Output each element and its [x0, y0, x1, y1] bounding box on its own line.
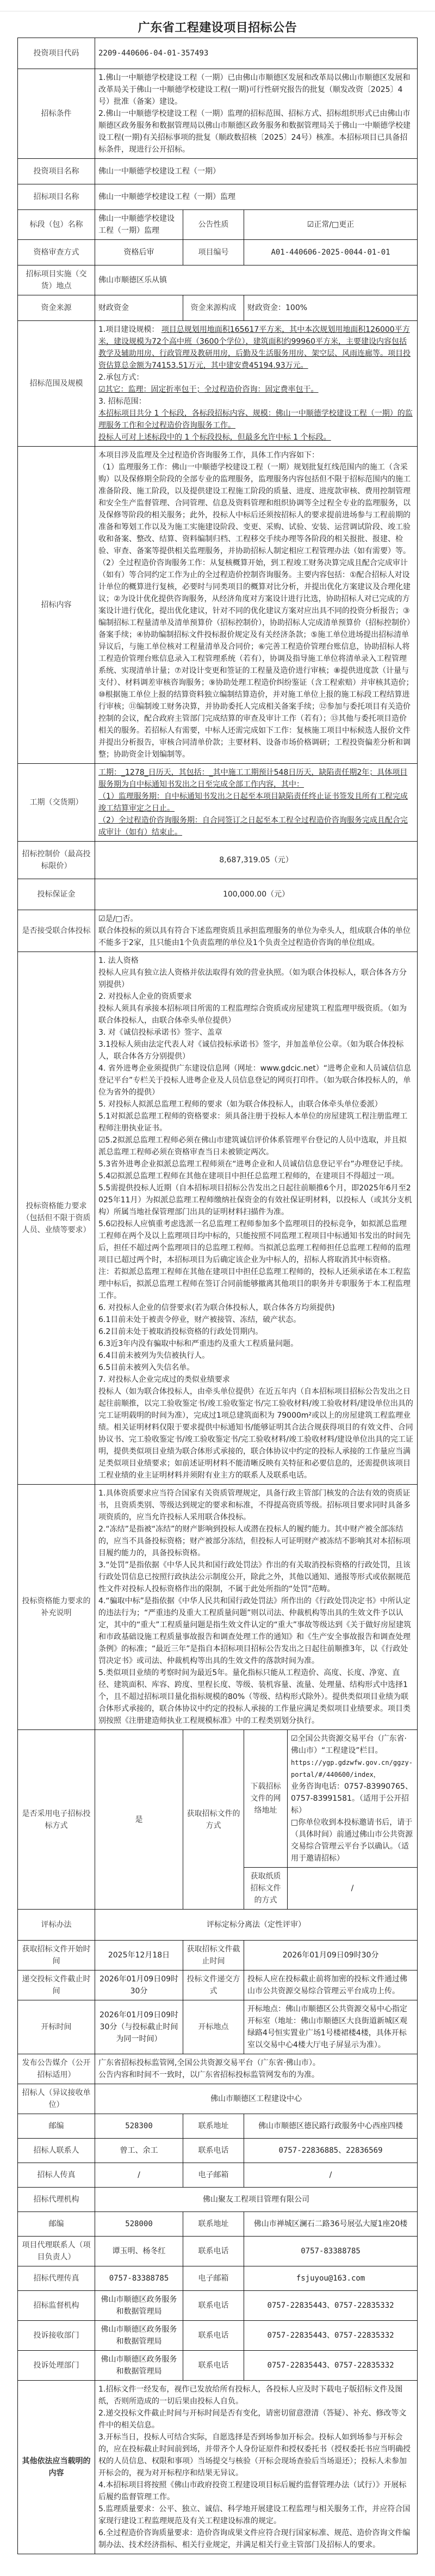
- label-doc-start: 获取招标文件开始时间: [18, 1941, 95, 1970]
- row-funding: 资金来源 财政资金 资金来源构成 财政资金：100%: [18, 295, 418, 321]
- scope-s1: 1.项目建设规模： 项目总规划用地面积165617平方米，其中本次规划用地面积1…: [98, 324, 414, 372]
- value-deposit: 100,000.00（元）: [95, 879, 418, 910]
- qual-item: 5.1对拟派总监理工程师的资格要求：须具备注册于投标人本单位的房屋建筑工程注册监…: [98, 1110, 414, 1134]
- row-period: 工期（交货期） 工期：_1278_日历天，其包括：_其中施工工期预计548日历天…: [18, 764, 418, 842]
- row-complaint-proc: 投诉处理部门 佛山市顺德区政务服务和数据管理局 联系电话 0757-228354…: [18, 2351, 418, 2381]
- label-nature: 公告性质: [183, 210, 244, 240]
- row-tenderer-zip: 邮编 528300 联系地址 佛山市顺德区德民路行政服务中心西座四楼: [18, 2114, 418, 2139]
- label-opening: 开标时间: [18, 2000, 95, 2054]
- content-c2: （2）全过程造价咨询服务工作：从复核概算开始，到工程竣工财务决算完成且配合完成审…: [98, 557, 414, 761]
- label-download: 下载招标文件的网络地址: [244, 1730, 288, 1868]
- value-project-code: A01-440606-2025-0044-01-01: [244, 240, 418, 265]
- download-platform: ☑全国公共资源交易平台（广东省·佛山市）“工程建设”栏目。: [291, 1733, 414, 1757]
- value-agency-contact: 谭玉明、杨冬红: [95, 2237, 183, 2266]
- scope-s2-title: 2.承包方式：: [98, 372, 414, 384]
- label-complaint-recv: 投诉接收部门: [18, 2321, 95, 2351]
- label-tenderer-contact: 招标人联系人: [18, 2139, 95, 2163]
- label-funding: 资金来源: [18, 295, 95, 321]
- media-p1: 广东省招标投标监管网,全国公共资源交易平台（广东省·佛山市）。: [98, 2057, 414, 2069]
- row-supervisor: 招标监督机构 佛山市顺德区政务服务和数据管理局 联系电话 0757-228354…: [18, 2291, 418, 2321]
- label-project-code: 项目编号: [183, 240, 244, 265]
- value-complaint-proc-phone: 0757-22835443、0757-22835332: [244, 2351, 418, 2381]
- row-scope: 招标范围及规模 1.项目建设规模： 项目总规划用地面积165617平方米，其中本…: [18, 321, 418, 447]
- row-conditions: 招标条件 1.佛山一中顺德学校建设工程（一期）已由佛山市顺德区发展和改革局以佛山…: [18, 69, 418, 159]
- label-conditions: 招标条件: [18, 69, 95, 159]
- value-other: 1.招标文件一经发布，视作已发放给所有投标人，各投标人应及时下载电子版招标文件及…: [95, 2381, 418, 2554]
- value-funding-comp: 财政资金：100%: [244, 295, 418, 321]
- label-submit-method: 投标文件递交方式: [183, 1970, 244, 2000]
- value-agency-phone: 0757-83388785: [244, 2237, 418, 2266]
- value-consortium: ☑是/□否。 联合体投标的须以具有符合下述监理资质且承担监理服务的单位为牵头人，…: [95, 910, 418, 952]
- download-url-link[interactable]: https://ygp.gdzwfw.gov.cn/ggzy-portal/#/…: [291, 1757, 414, 1781]
- label-supervisor-phone: 联系电话: [183, 2291, 244, 2321]
- label-qualification: 投标资格能力要求（包括但不限于资质人员、业绩等要求）: [18, 952, 95, 1485]
- row-eval: 评标办法 评标定标分离法（定性评审）: [18, 1910, 418, 1941]
- row-agency-zip: 邮编 528000 联系地址 佛山市禅城区澜石二路36号展弘大厦1座20楼: [18, 2212, 418, 2237]
- value-nature: ☑正常/□更正: [244, 210, 418, 240]
- row-opening: 开标时间 2026年01月09日09时30分（与投标截止时间为同一时间） 开标地…: [18, 2000, 418, 2054]
- label-eval: 评标办法: [18, 1910, 95, 1941]
- label-control-price: 招标控制价（最高投标限价）: [18, 842, 95, 879]
- qual-item: 2. 对投标人企业的资质要求: [98, 991, 414, 1003]
- qual-item: 1. 法人资格: [98, 955, 414, 967]
- value-submit: 2026年01月09日09时30分: [95, 1970, 183, 2000]
- other-item: 6.全过程造价咨询质量要求：造价咨询成果文件应符合现行国家标准、规范、造价咨询文…: [98, 2527, 414, 2551]
- qual-item: 5. 对投标人拟派总监理工程师的要求（如为联合体投标人，由联合体牵头单位委派）: [98, 1098, 414, 1110]
- qual-note-item: 1.具体资质要求应当符合国家有关资质管理规定，具备行政主管部门核发的合法有效的资…: [98, 1487, 414, 1523]
- label-tenderer-fax: 招标人传真: [18, 2163, 95, 2188]
- value-invest-code: 2209-440606-04-01-357493: [95, 38, 418, 69]
- label-agency-zip: 邮编: [18, 2212, 95, 2237]
- label-qual-note: 投标资格能力要求的补充说明: [18, 1485, 95, 1730]
- qual-item: 7. 对投标人企业完成过的类似业绩要求: [98, 1374, 414, 1386]
- qual-item: 5.6☑投标人应慎重考虑选派一名总监理工程师参加多个监理项目的投标竞争，如拟派总…: [98, 1218, 414, 1266]
- other-item: 2.递交投标文件截止时间与开标时间是否有变化，请密切留意澄清（答疑）、补充、修改…: [98, 2407, 414, 2431]
- value-tenderer-addr: 佛山市顺德区德民路行政服务中心西座四楼: [244, 2114, 418, 2139]
- value-scope: 1.项目建设规模： 项目总规划用地面积165617平方米，其中本次规划用地面积1…: [95, 321, 418, 447]
- label-method: 获取招标文件的方式: [183, 1730, 244, 1910]
- period-p1: 工期：_1278_日历天，其包括：_其中施工工期预计548日历天，缺陷责任期2年…: [98, 767, 414, 790]
- value-eval: 评标定标分离法（定性评审）: [95, 1910, 418, 1941]
- consortium-note: 联合体投标的须以具有符合下述监理资质且承担监理服务的单位为牵头人，组成联合体的单…: [98, 925, 414, 949]
- row-agency: 招标代理机构 佛山聚友工程项目管理有限公司: [18, 2188, 418, 2212]
- label-media: 发布公告媒介（公开招标适用）: [18, 2054, 95, 2084]
- value-qual-note: 1.具体资质要求应当符合国家有关资质管理规定，具备行政主管部门核发的合法有效的资…: [95, 1485, 418, 1730]
- qual-item: 投标人（如为联合体投标人，由牵头单位提供）在近五年内（自本招标项目招标公告发出之…: [98, 1386, 414, 1481]
- value-supervisor-phone: 0757-22835443、0757-22835332: [244, 2291, 418, 2321]
- value-complaint-recv-phone: 0757-22835443、0757-22835332: [244, 2321, 418, 2351]
- row-tenderer-contact: 招标人联系人 曾工、余工 联系电话 0757-22836885、22836569: [18, 2139, 418, 2163]
- value-agency-email-link[interactable]: fsjuyou@163.com: [244, 2266, 418, 2291]
- qual-item: 6.1目前未处于被责令停业，财产被接管、冻结，破产状态。: [98, 1314, 414, 1326]
- label-supervisor: 招标监督机构: [18, 2291, 95, 2321]
- qual-item: 6.3近3年内没有骗取中标和严重违约及重大工程质量问题。: [98, 1338, 414, 1350]
- row-electronic: 是否采用电子招标投标方式 是 获取招标文件的方式 下载招标文件的网络地址 ☑全国…: [18, 1730, 418, 1868]
- label-content: 招标内容: [18, 447, 95, 764]
- label-tender-name: 招标项目名称: [18, 184, 95, 210]
- conditions-p2: 2.佛山一中顺德学校建设工程（一期）监理的招标范围、招标方式、招标组织形式已由佛…: [98, 108, 414, 156]
- value-complaint-recv: 佛山市顺德区政务服务和数据管理局: [95, 2321, 183, 2351]
- label-electronic: 是否采用电子招标投标方式: [18, 1730, 95, 1910]
- value-content: 本项目涉及监理及全过程造价咨询服务工作，具体工作内容如下： （1）监理服务工作：…: [95, 447, 418, 764]
- qual-item: 3. 对《诚信投标承诺书》签字、盖章: [98, 1027, 414, 1039]
- download-phone: 业务咨询电话：0757-83990765、0757-83991581。（适用于公…: [291, 1781, 414, 1817]
- qual-item: 3.1投标人须由法定代表人对《诚信投标承诺书》签字，并加盖单位公章。（如为联合体…: [98, 1039, 414, 1062]
- qual-item: 6.2目前未处于被取消投标资格的行政处罚期内。: [98, 1326, 414, 1338]
- download-invite: □你单位收到本投标邀请书后，请于（具体时间）前通过佛山市公共资源交易综合管理云平…: [291, 1817, 414, 1864]
- row-qualification: 投标资格能力要求（包括但不限于资质人员、业绩等要求） 1. 法人资格 投标人应具…: [18, 952, 418, 1485]
- label-tenderer: 招标人（异议接收单位）: [18, 2084, 95, 2114]
- row-doc-time: 获取招标文件开始时间 2025年12月18日 获取招标文件截止时间 2026年0…: [18, 1941, 418, 1970]
- value-media: 广东省招标投标监管网,全国公共资源交易平台（广东省·佛山市）。 公告内容和时间不…: [95, 2054, 418, 2084]
- content-c1: （1）监理服务工作：佛山一中顺德学校建设工程（一期）规划批复红线范围内的施工（含…: [98, 461, 414, 557]
- label-paper: 获取纸质招标文件的方式: [244, 1868, 288, 1910]
- label-doc-end: 获取招标文件截止时间: [183, 1941, 244, 1970]
- row-deposit: 投标保证金 100,000.00（元）: [18, 879, 418, 910]
- row-tenderer-fax: 招标人传真 / 电子邮箱 /: [18, 2163, 418, 2188]
- value-tenderer-zip: 528300: [95, 2114, 183, 2139]
- label-tenderer-zip: 邮编: [18, 2114, 95, 2139]
- label-agency-phone: 联系电话: [183, 2237, 244, 2266]
- value-period: 工期：_1278_日历天，其包括：_其中施工工期预计548日历天，缺陷责任期2年…: [95, 764, 418, 842]
- value-complaint-proc: 佛山市顺德区政务服务和数据管理局: [95, 2351, 183, 2381]
- label-funding-comp: 资金来源构成: [183, 295, 244, 321]
- row-invest-name: 投资项目名称 佛山一中顺德学校建设工程（一期）: [18, 159, 418, 184]
- qual-item: 5.4☑拟派总监理工程师在其他在建项目中担任总监理工程师的，在建项目不得超过一项…: [98, 1170, 414, 1182]
- label-agency-addr: 联系地址: [183, 2212, 244, 2237]
- qual-note-item: 3.“处罚”是指依据《中华人民共和国行政处罚法》作出的有关取消投标资格的行政处罚…: [98, 1559, 414, 1595]
- label-agency-fax: 招标代理传真: [18, 2266, 95, 2291]
- value-control-price: 8,687,319.05（元）: [95, 842, 418, 879]
- scope-s1-prefix: 1.项目建设规模：: [98, 325, 159, 334]
- label-complaint-proc: 投诉处理部门: [18, 2351, 95, 2381]
- qual-item: 4. 省外进粤企业须提供广东建设信息网（网址：www.gdcic.net）“进粤…: [98, 1062, 414, 1098]
- value-tenderer-email: /: [244, 2163, 418, 2188]
- value-opening: 2026年01月09日09时30分（与投标截止时间为同一时间）: [95, 2000, 183, 2054]
- row-location: 招标项目实施（交货）地点 佛山市顺德区乐从镇: [18, 265, 418, 295]
- scope-s2: ☑其它：监理：固定折率包干；全过程造价咨询：固定费率包干。: [98, 384, 414, 396]
- label-agency-contact: 项目代理联系人（项目负责人）: [18, 2237, 95, 2266]
- label-submit: 递交投标文件截止时间: [18, 1970, 95, 2000]
- other-item: 3.开标当日，投标人可结合实际，自愿选择是否到场参加开标会。投标人如到场参与开标…: [98, 2431, 414, 2479]
- label-tenderer-addr: 联系地址: [183, 2114, 244, 2139]
- value-agency-fax: 0757-83388785: [95, 2266, 183, 2291]
- row-agency-contact: 项目代理联系人（项目负责人） 谭玉明、杨冬红 联系电话 0757-8338878…: [18, 2237, 418, 2266]
- value-tender-name: 佛山一中顺德学校建设工程（一期）监理: [95, 184, 418, 210]
- notice-table: 投资项目代码 2209-440606-04-01-357493 招标条件 1.佛…: [17, 38, 418, 2554]
- qual-item: 6. 对投标人企业的信誉要求(若为联合体投标人，联合体各方均须提供): [98, 1302, 414, 1314]
- label-scope: 招标范围及规模: [18, 321, 95, 447]
- label-invest-name: 投资项目名称: [18, 159, 95, 184]
- qual-item: 5.3省外进粤企业拟派总监理工程师须在“进粤企业和人员诚信信息登记平台”办理登记…: [98, 1158, 414, 1170]
- label-section: 标段（包）名称: [18, 210, 95, 240]
- label-other: 其他依法应当载明的内容: [18, 2381, 95, 2554]
- label-tenderer-phone: 联系电话: [183, 2139, 244, 2163]
- other-item: 5.监理质量要求：公平、独立、诚信、科学地开展建设工程监理与相关服务工作，并应符…: [98, 2503, 414, 2527]
- scope-s3b: 投标人可对上述标段中的 1 个标段投标，但最多允许中标 1 个标段。: [98, 431, 414, 443]
- value-section: 佛山一中顺德学校建设工程（一期）监理: [95, 210, 183, 240]
- qual-item: ☑5.2拟派总监理工程师必须在佛山市建筑诚信评价体系管理平台登记的人员中选取，并…: [98, 1134, 414, 1158]
- row-complaint-recv: 投诉接收部门 佛山市顺德区政务服务和数据管理局 联系电话 0757-228354…: [18, 2321, 418, 2351]
- value-tenderer-fax: /: [95, 2163, 183, 2188]
- value-tenderer-contact: 曾工、余工: [95, 2139, 183, 2163]
- label-deposit: 投标保证金: [18, 879, 95, 910]
- label-complaint-proc-phone: 联系电话: [183, 2351, 244, 2381]
- qual-item: 投标人应具有独立法人资格并依法取得有效的营业执照。（如为联合体投标人，联合体各方…: [98, 967, 414, 991]
- label-consortium: 是否接受联合体投标: [18, 910, 95, 952]
- label-period: 工期（交货期）: [18, 764, 95, 842]
- consortium-choice: ☑是/□否。: [98, 913, 414, 925]
- value-download: ☑全国公共资源交易平台（广东省·佛山市）“工程建设”栏目。 https://yg…: [288, 1730, 418, 1868]
- value-location: 佛山市顺德区乐从镇: [95, 265, 418, 295]
- row-review: 资格审查方式 资格后审 项目编号 A01-440606-2025-0044-01…: [18, 240, 418, 265]
- qual-note-item: 4.“骗取中标”是指依据《中华人民共和国行政处罚法》所作出的《行政处罚决定书》中…: [98, 1595, 414, 1667]
- value-submit-method: 投标人应在投标截止前将加密的投标文件通过佛山市公共资源交易综合管理云平台成功上传…: [244, 1970, 418, 2000]
- row-section: 标段（包）名称 佛山一中顺德学校建设工程（一期）监理 公告性质 ☑正常/□更正: [18, 210, 418, 240]
- value-funding: 财政资金: [95, 295, 183, 321]
- row-other: 其他依法应当载明的内容 1.招标文件一经发布，视作已发放给所有投标人，各投标人应…: [18, 2381, 418, 2554]
- scope-s3a: 本招标项目共分 1 个标段，各标段招标内容、规模：佛山一中顺德学校建设工程（一期…: [98, 407, 414, 431]
- qual-item: 投标人须具有承接本招标项目所需的工程监理综合资质或房屋建筑工程监理甲级资质。（如…: [98, 1003, 414, 1027]
- label-location: 招标项目实施（交货）地点: [18, 265, 95, 295]
- value-agency-addr: 佛山市禅城区澜石二路36号展弘大厦1座20楼: [244, 2212, 418, 2237]
- top-bar: [0, 0, 435, 11]
- label-invest-code: 投资项目代码: [18, 38, 95, 69]
- period-p3: （2）全过程造价咨询服务期：自合同签订之日起至本工程全过程造价咨询服务完成且配合…: [98, 814, 414, 838]
- value-electronic: 是: [95, 1730, 183, 1910]
- scope-s3-title: 3. 招标范围：: [98, 396, 414, 407]
- qual-note-item: 5.类似项目业绩的考察时间为最近5年。量化指标只能从工程造价、高度、长度、净宽、…: [98, 1667, 414, 1727]
- label-agency-email: 电子邮箱: [183, 2266, 244, 2291]
- qual-item: 6.4目前未被列为失信被执行人。: [98, 1350, 414, 1362]
- value-supervisor: 佛山市顺德区政务服务和数据管理局: [95, 2291, 183, 2321]
- row-content: 招标内容 本项目涉及监理及全过程造价咨询服务工作，具体工作内容如下： （1）监理…: [18, 447, 418, 764]
- row-invest-code: 投资项目代码 2209-440606-04-01-357493: [18, 38, 418, 69]
- media-p2: 公告内容和时间不一致时，以广东省招标投标监管网发布的为准。: [98, 2069, 414, 2081]
- value-agency-zip: 528000: [95, 2212, 183, 2237]
- value-invest-name: 佛山一中顺德学校建设工程（一期）: [95, 159, 418, 184]
- row-agency-fax: 招标代理传真 0757-83388785 电子邮箱 fsjuyou@163.co…: [18, 2266, 418, 2291]
- row-qual-note: 投标资格能力要求的补充说明 1.具体资质要求应当符合国家有关资质管理规定，具备行…: [18, 1485, 418, 1730]
- value-conditions: 1.佛山一中顺德学校建设工程（一期）已由佛山市顺德区发展和改革局以佛山市顺德区发…: [95, 69, 418, 159]
- value-tenderer-phone: 0757-22836885、22836569: [244, 2139, 418, 2163]
- row-media: 发布公告媒介（公开招标适用） 广东省招标投标监管网,全国公共资源交易平台（广东省…: [18, 2054, 418, 2084]
- label-review: 资格审查方式: [18, 240, 95, 265]
- row-tenderer: 招标人（异议接收单位） 佛山市顺德区工程建设中心: [18, 2084, 418, 2114]
- value-tenderer: 佛山市顺德区工程建设中心: [95, 2084, 418, 2114]
- row-consortium: 是否接受联合体投标 ☑是/□否。 联合体投标的须以具有符合下述监理资质且承担监理…: [18, 910, 418, 952]
- content-intro: 本项目涉及监理及全过程造价咨询服务工作，具体工作内容如下：: [98, 449, 414, 461]
- value-opening-place: 开标地点：佛山市顺德区公共资源交易中心指定开标室（地址：佛山市顺德区大良街道新城…: [244, 2000, 418, 2054]
- value-agency: 佛山聚友工程项目管理有限公司: [95, 2188, 418, 2212]
- qual-note-item: 2.“冻结”是指被“冻结”的财产影响到投标人或潜在投标人的履约能力。其中财产被全…: [98, 1523, 414, 1559]
- period-p2: （1）监理服务期：自中标通知书发出之日起至本项目缺陷责任终止证书签发且所有工程完…: [98, 790, 414, 814]
- value-doc-end: 2026年01月09日09时30分: [244, 1941, 418, 1970]
- value-review: 资格后审: [95, 240, 183, 265]
- row-submit: 递交投标文件截止时间 2026年01月09日09时30分 投标文件递交方式 投标…: [18, 1970, 418, 2000]
- qual-item: 注：若拟派总监理工程师在其他在建项目中担任总监理工程师的，投标人还须承诺在本工程…: [98, 1266, 414, 1302]
- value-paper: /: [288, 1868, 418, 1910]
- value-qualification: 1. 法人资格 投标人应具有独立法人资格并依法取得有效的营业执照。（如为联合体投…: [95, 952, 418, 1485]
- row-tender-name: 招标项目名称 佛山一中顺德学校建设工程（一期）监理: [18, 184, 418, 210]
- row-control-price: 招标控制价（最高投标限价） 8,687,319.05（元）: [18, 842, 418, 879]
- page-title: 广东省工程建设项目招标公告: [0, 20, 435, 36]
- bottom-spacer: [0, 2554, 435, 2576]
- conditions-p1: 1.佛山一中顺德学校建设工程（一期）已由佛山市顺德区发展和改革局以佛山市顺德区发…: [98, 72, 414, 108]
- label-opening-place: 开标地点: [183, 2000, 244, 2054]
- label-tenderer-email: 电子邮箱: [183, 2163, 244, 2188]
- other-item: 1.招标文件一经发布，视作已发放给所有投标人，各投标人应及时下载电子版招标文件及…: [98, 2383, 414, 2407]
- qual-item: 5.5需提供投标人近期（自本招标项目招标公告发出之日起往前顺推6个月，即2025…: [98, 1182, 414, 1218]
- label-agency: 招标代理机构: [18, 2188, 95, 2212]
- value-doc-start: 2025年12月18日: [95, 1941, 183, 1970]
- qual-item: 6.5目前未被列入失信名单。: [98, 1362, 414, 1374]
- other-item: 4.本招标项目将按照《佛山市政府投资工程建设项目标后履约监督管理办法（试行）》开…: [98, 2479, 414, 2503]
- label-complaint-recv-phone: 联系电话: [183, 2321, 244, 2351]
